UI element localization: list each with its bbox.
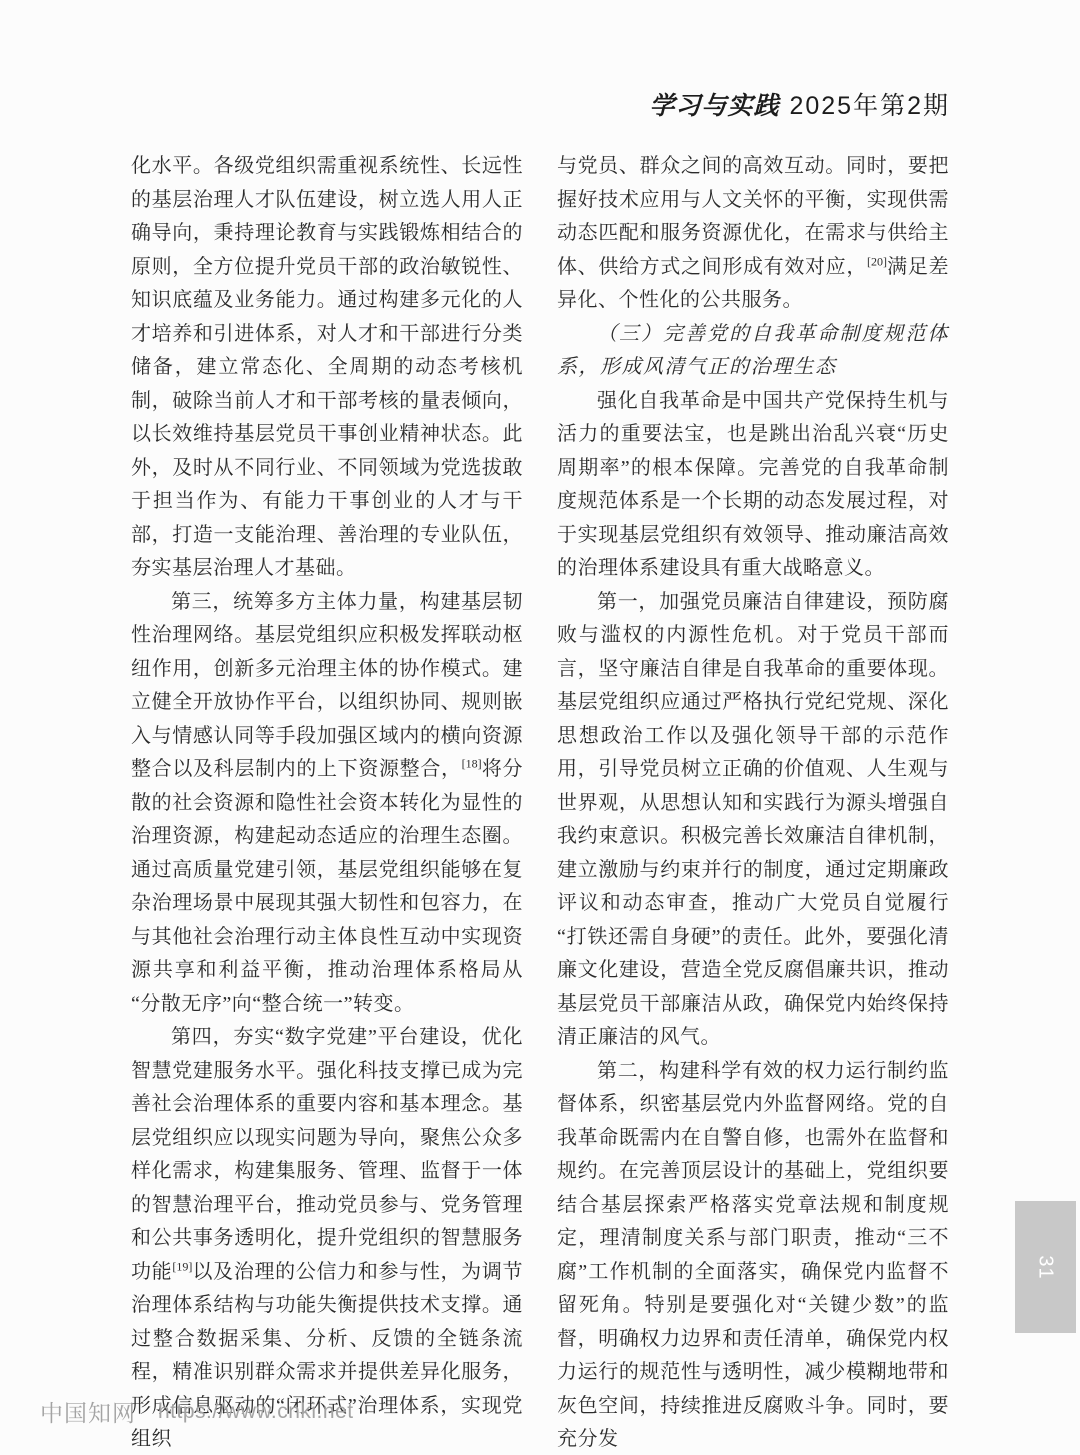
paragraph: 第三，统筹多方主体力量，构建基层韧性治理网络。基层党组织应积极发挥联动枢纽作用，…: [131, 586, 523, 1022]
footer: 中国知网 https://www.cnki.net: [40, 1395, 354, 1428]
footer-url: https://www.cnki.net: [158, 1400, 354, 1424]
text-run: （三）完善党的自我革命制度规范体系，形成风清气正的治理生态: [557, 323, 949, 379]
citation-ref: [19]: [172, 1259, 192, 1273]
document-page: 学习与实践2025年第2期 化水平。各级党组织需重视系统性、长远性的基层治理人才…: [0, 0, 1080, 1455]
text-run: 强化自我革命是中国共产党保持生机与活力的重要法宝，也是跳出治乱兴衰“历史周期率”…: [557, 390, 949, 580]
page-number: 31: [1034, 1255, 1057, 1279]
paragraph: 第一，加强党员廉洁自律建设，预防腐败与滥权的内源性危机。对于党员干部而言，坚守廉…: [557, 586, 949, 1055]
text-run: 第一，加强党员廉洁自律建设，预防腐败与滥权的内源性危机。对于党员干部而言，坚守廉…: [557, 591, 949, 1049]
right-column: 与党员、群众之间的高效互动。同时，要把握好技术应用与人文关怀的平衡，实现供需动态…: [557, 150, 949, 1455]
journal-header: 学习与实践2025年第2期: [649, 86, 950, 122]
page-number-tab: 31: [1015, 1201, 1076, 1333]
paragraph: 强化自我革命是中国共产党保持生机与活力的重要法宝，也是跳出治乱兴衰“历史周期率”…: [557, 385, 949, 586]
citation-ref: [20]: [867, 254, 887, 268]
text-run: 第四，夯实“数字党建”平台建设，优化智慧党建服务水平。强化科技支撑已成为完善社会…: [131, 1026, 523, 1283]
article-body: 化水平。各级党组织需重视系统性、长远性的基层治理人才队伍建设，树立选人用人正确导…: [131, 150, 949, 1455]
text-run: 将分散的社会资源和隐性社会资本转化为显性的治理资源，构建起动态适应的治理生态圈。…: [131, 758, 523, 1015]
text-run: 第二，构建科学有效的权力运行制约监督体系，织密基层党内外监督网络。党的自我革命既…: [557, 1060, 949, 1451]
paragraph: 与党员、群众之间的高效互动。同时，要把握好技术应用与人文关怀的平衡，实现供需动态…: [557, 150, 949, 318]
paragraph: 第二，构建科学有效的权力运行制约监督体系，织密基层党内外监督网络。党的自我革命既…: [557, 1055, 949, 1455]
journal-issue: 2025年第2期: [789, 92, 950, 120]
text-run: 第三，统筹多方主体力量，构建基层韧性治理网络。基层党组织应积极发挥联动枢纽作用，…: [131, 591, 523, 781]
paragraph: 化水平。各级党组织需重视系统性、长远性的基层治理人才队伍建设，树立选人用人正确导…: [131, 150, 523, 586]
section-heading: （三）完善党的自我革命制度规范体系，形成风清气正的治理生态: [557, 318, 949, 385]
left-column: 化水平。各级党组织需重视系统性、长远性的基层治理人才队伍建设，树立选人用人正确导…: [131, 150, 523, 1455]
journal-title: 学习与实践: [649, 93, 779, 120]
citation-ref: [18]: [462, 756, 482, 770]
text-run: 化水平。各级党组织需重视系统性、长远性的基层治理人才队伍建设，树立选人用人正确导…: [131, 155, 523, 579]
paragraph: 第四，夯实“数字党建”平台建设，优化智慧党建服务水平。强化科技支撑已成为完善社会…: [131, 1021, 523, 1455]
footer-brand: 中国知网: [40, 1395, 136, 1428]
